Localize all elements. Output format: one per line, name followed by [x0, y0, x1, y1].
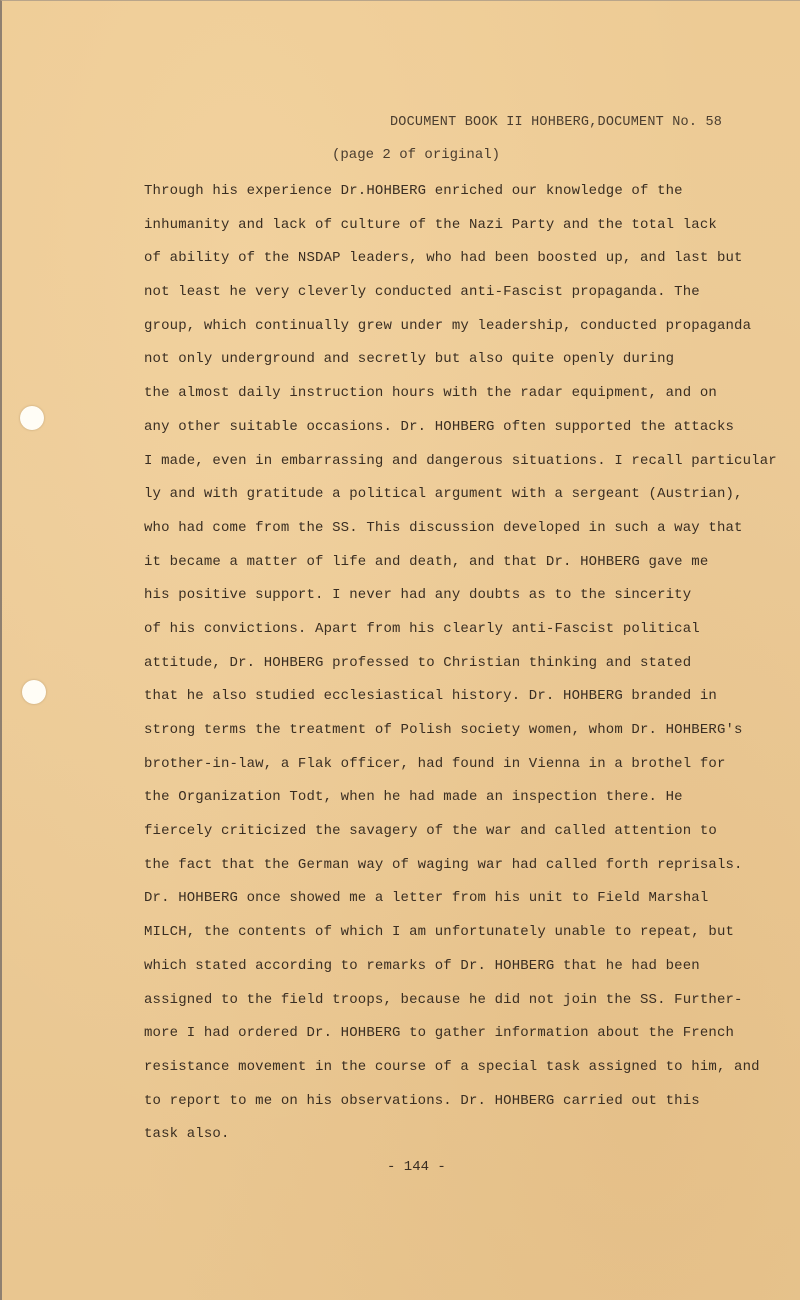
text-line: of ability of the NSDAP leaders, who had… [144, 248, 784, 282]
document-header: DOCUMENT BOOK II HOHBERG,DOCUMENT No. 58 [390, 115, 722, 130]
text-line: the fact that the German way of waging w… [144, 855, 784, 889]
page-reference: (page 2 of original) [332, 147, 500, 163]
document-body: Through his experience Dr.HOHBERG enrich… [144, 181, 784, 1158]
text-line: not least he very cleverly conducted ant… [144, 282, 784, 316]
text-line: Through his experience Dr.HOHBERG enrich… [144, 181, 784, 215]
text-line: not only underground and secretly but al… [144, 349, 784, 383]
text-line: fiercely criticized the savagery of the … [144, 821, 784, 855]
text-line: assigned to the field troops, because he… [144, 990, 784, 1024]
text-line: brother-in-law, a Flak officer, had foun… [144, 754, 784, 788]
text-line: more I had ordered Dr. HOHBERG to gather… [144, 1023, 784, 1057]
text-line: who had come from the SS. This discussio… [144, 518, 784, 552]
text-line: the almost daily instruction hours with … [144, 383, 784, 417]
text-line: any other suitable occasions. Dr. HOHBER… [144, 417, 784, 451]
text-line: group, which continually grew under my l… [144, 316, 784, 350]
text-line: which stated according to remarks of Dr.… [144, 956, 784, 990]
text-line: attitude, Dr. HOHBERG professed to Chris… [144, 653, 784, 687]
document-page: DOCUMENT BOOK II HOHBERG,DOCUMENT No. 58… [0, 0, 800, 1300]
text-line: Dr. HOHBERG once showed me a letter from… [144, 888, 784, 922]
text-line: inhumanity and lack of culture of the Na… [144, 215, 784, 249]
text-line: it became a matter of life and death, an… [144, 552, 784, 586]
text-line: his positive support. I never had any do… [144, 585, 784, 619]
text-line: I made, even in embarrassing and dangero… [144, 451, 784, 485]
text-line: to report to me on his observations. Dr.… [144, 1091, 784, 1125]
punch-hole [22, 680, 46, 704]
text-line: resistance movement in the course of a s… [144, 1057, 784, 1091]
text-line: ly and with gratitude a political argume… [144, 484, 784, 518]
text-line: task also. [144, 1124, 784, 1158]
text-line: of his convictions. Apart from his clear… [144, 619, 784, 653]
text-line: MILCH, the contents of which I am unfort… [144, 922, 784, 956]
page-number: - 144 - [387, 1159, 446, 1175]
text-line: the Organization Todt, when he had made … [144, 787, 784, 821]
text-line: strong terms the treatment of Polish soc… [144, 720, 784, 754]
text-line: that he also studied ecclesiastical hist… [144, 686, 784, 720]
punch-hole [20, 406, 44, 430]
